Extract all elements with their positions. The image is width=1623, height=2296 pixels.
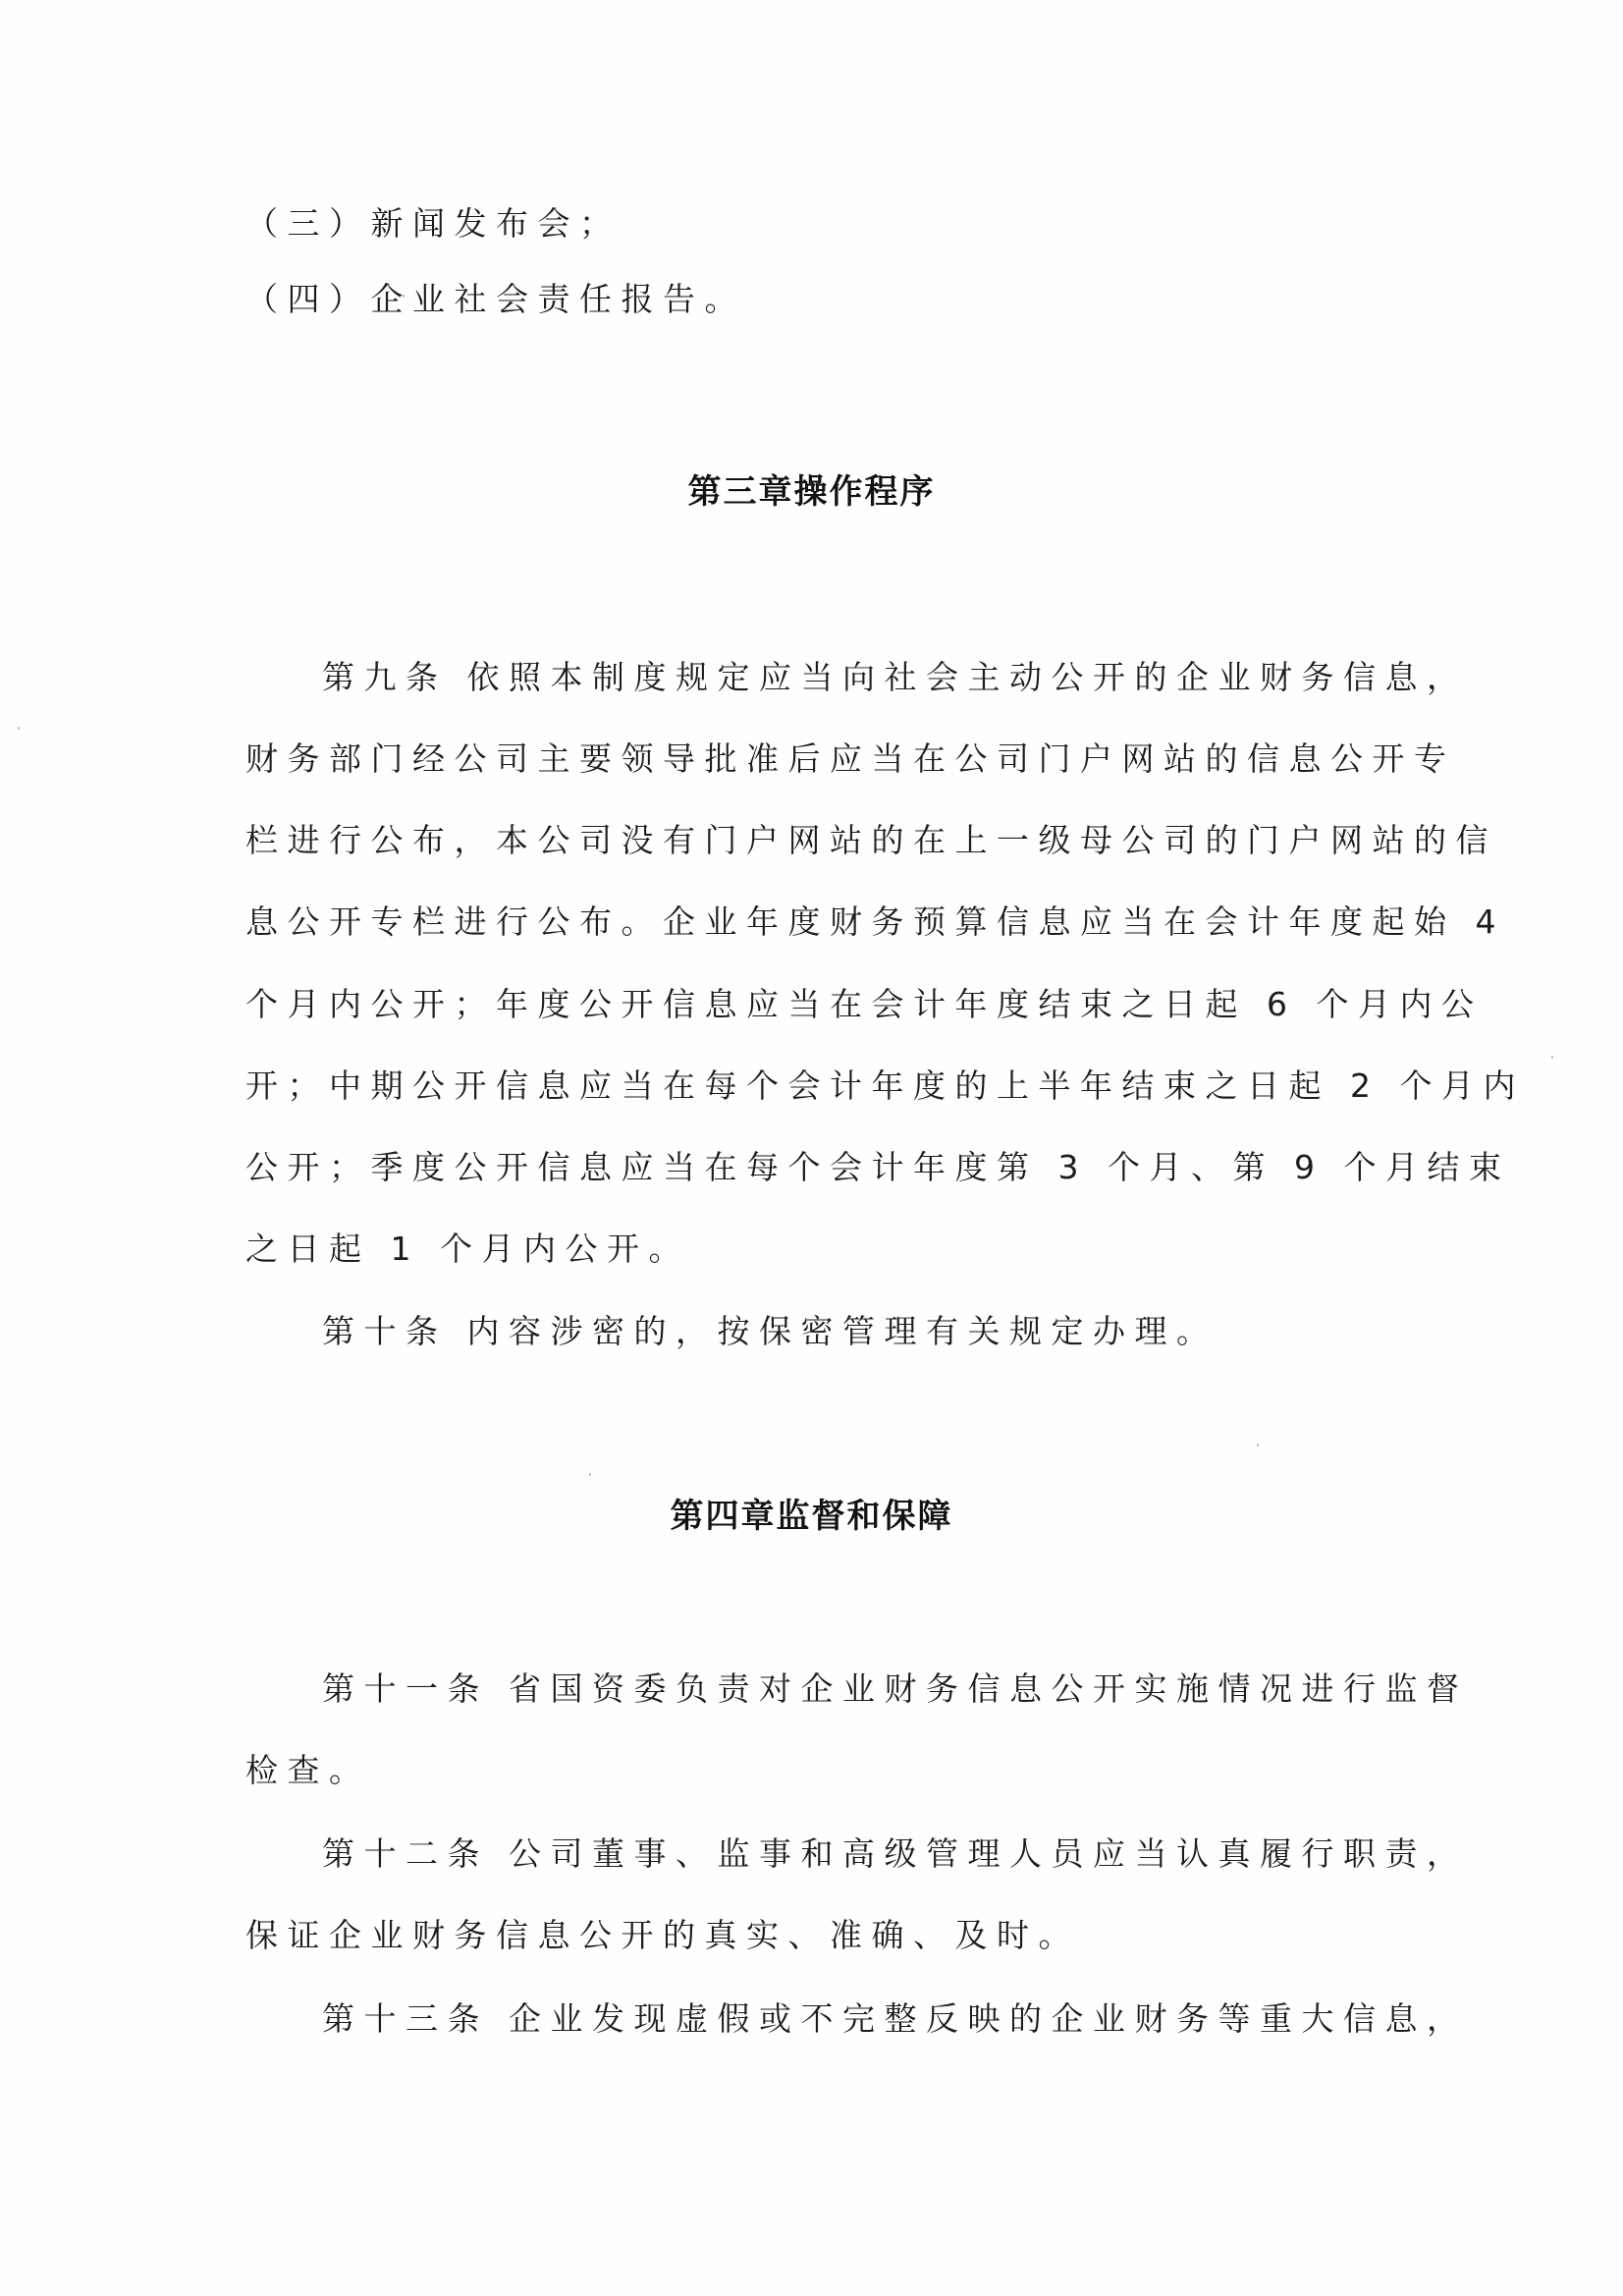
document-page: （三）新闻发布会； （四）企业社会责任报告。 第三章操作程序 第九条 依照本制度… (0, 0, 1623, 2296)
scan-speck (18, 727, 20, 730)
article-9-line-2: 财务部门经公司主要领导批准后应当在公司门户网站的信息公开专 (245, 739, 1456, 779)
article-9-line-5: 个月内公开；年度公开信息应当在会计年度结束之日起 6 个月内公 (245, 985, 1483, 1024)
list-item-4: （四）企业社会责任报告。 (245, 280, 746, 319)
chapter-3-heading: 第三章操作程序 (0, 471, 1623, 513)
chapter-4-heading: 第四章监督和保障 (0, 1496, 1623, 1537)
article-12-line-2: 保证企业财务信息公开的真实、准确、及时。 (245, 1916, 1080, 1955)
article-9-line-1: 第九条 依照本制度规定应当向社会主动公开的企业财务信息， (322, 658, 1469, 697)
article-10: 第十条 内容涉密的，按保密管理有关规定办理。 (322, 1312, 1218, 1351)
article-12-line-1: 第十二条 公司董事、监事和高级管理人员应当认真履行职责， (322, 1834, 1469, 1874)
article-9-line-7: 公开；季度公开信息应当在每个会计年度第 3 个月、第 9 个月结束 (245, 1148, 1510, 1187)
article-13-line-1: 第十三条 企业发现虚假或不完整反映的企业财务等重大信息， (322, 1999, 1469, 2039)
scan-speck (1551, 1056, 1553, 1059)
article-9-line-6: 开；中期公开信息应当在每个会计年度的上半年结束之日起 2 个月内 (245, 1066, 1525, 1106)
article-11-line-1: 第十一条 省国资委负责对企业财务信息公开实施情况进行监督 (322, 1669, 1469, 1709)
scan-speck (403, 295, 405, 298)
list-item-3: （三）新闻发布会； (245, 204, 622, 244)
article-9-line-3: 栏进行公布，本公司没有门户网站的在上一级母公司的门户网站的信 (245, 821, 1497, 860)
article-11-line-2: 检查。 (245, 1751, 371, 1790)
article-9-line-4: 息公开专栏进行公布。企业年度财务预算信息应当在会计年度起始 4 (245, 902, 1505, 942)
scan-speck (1257, 1444, 1259, 1447)
article-9-line-8: 之日起 1 个月内公开。 (245, 1230, 690, 1269)
scan-speck (589, 1473, 591, 1476)
